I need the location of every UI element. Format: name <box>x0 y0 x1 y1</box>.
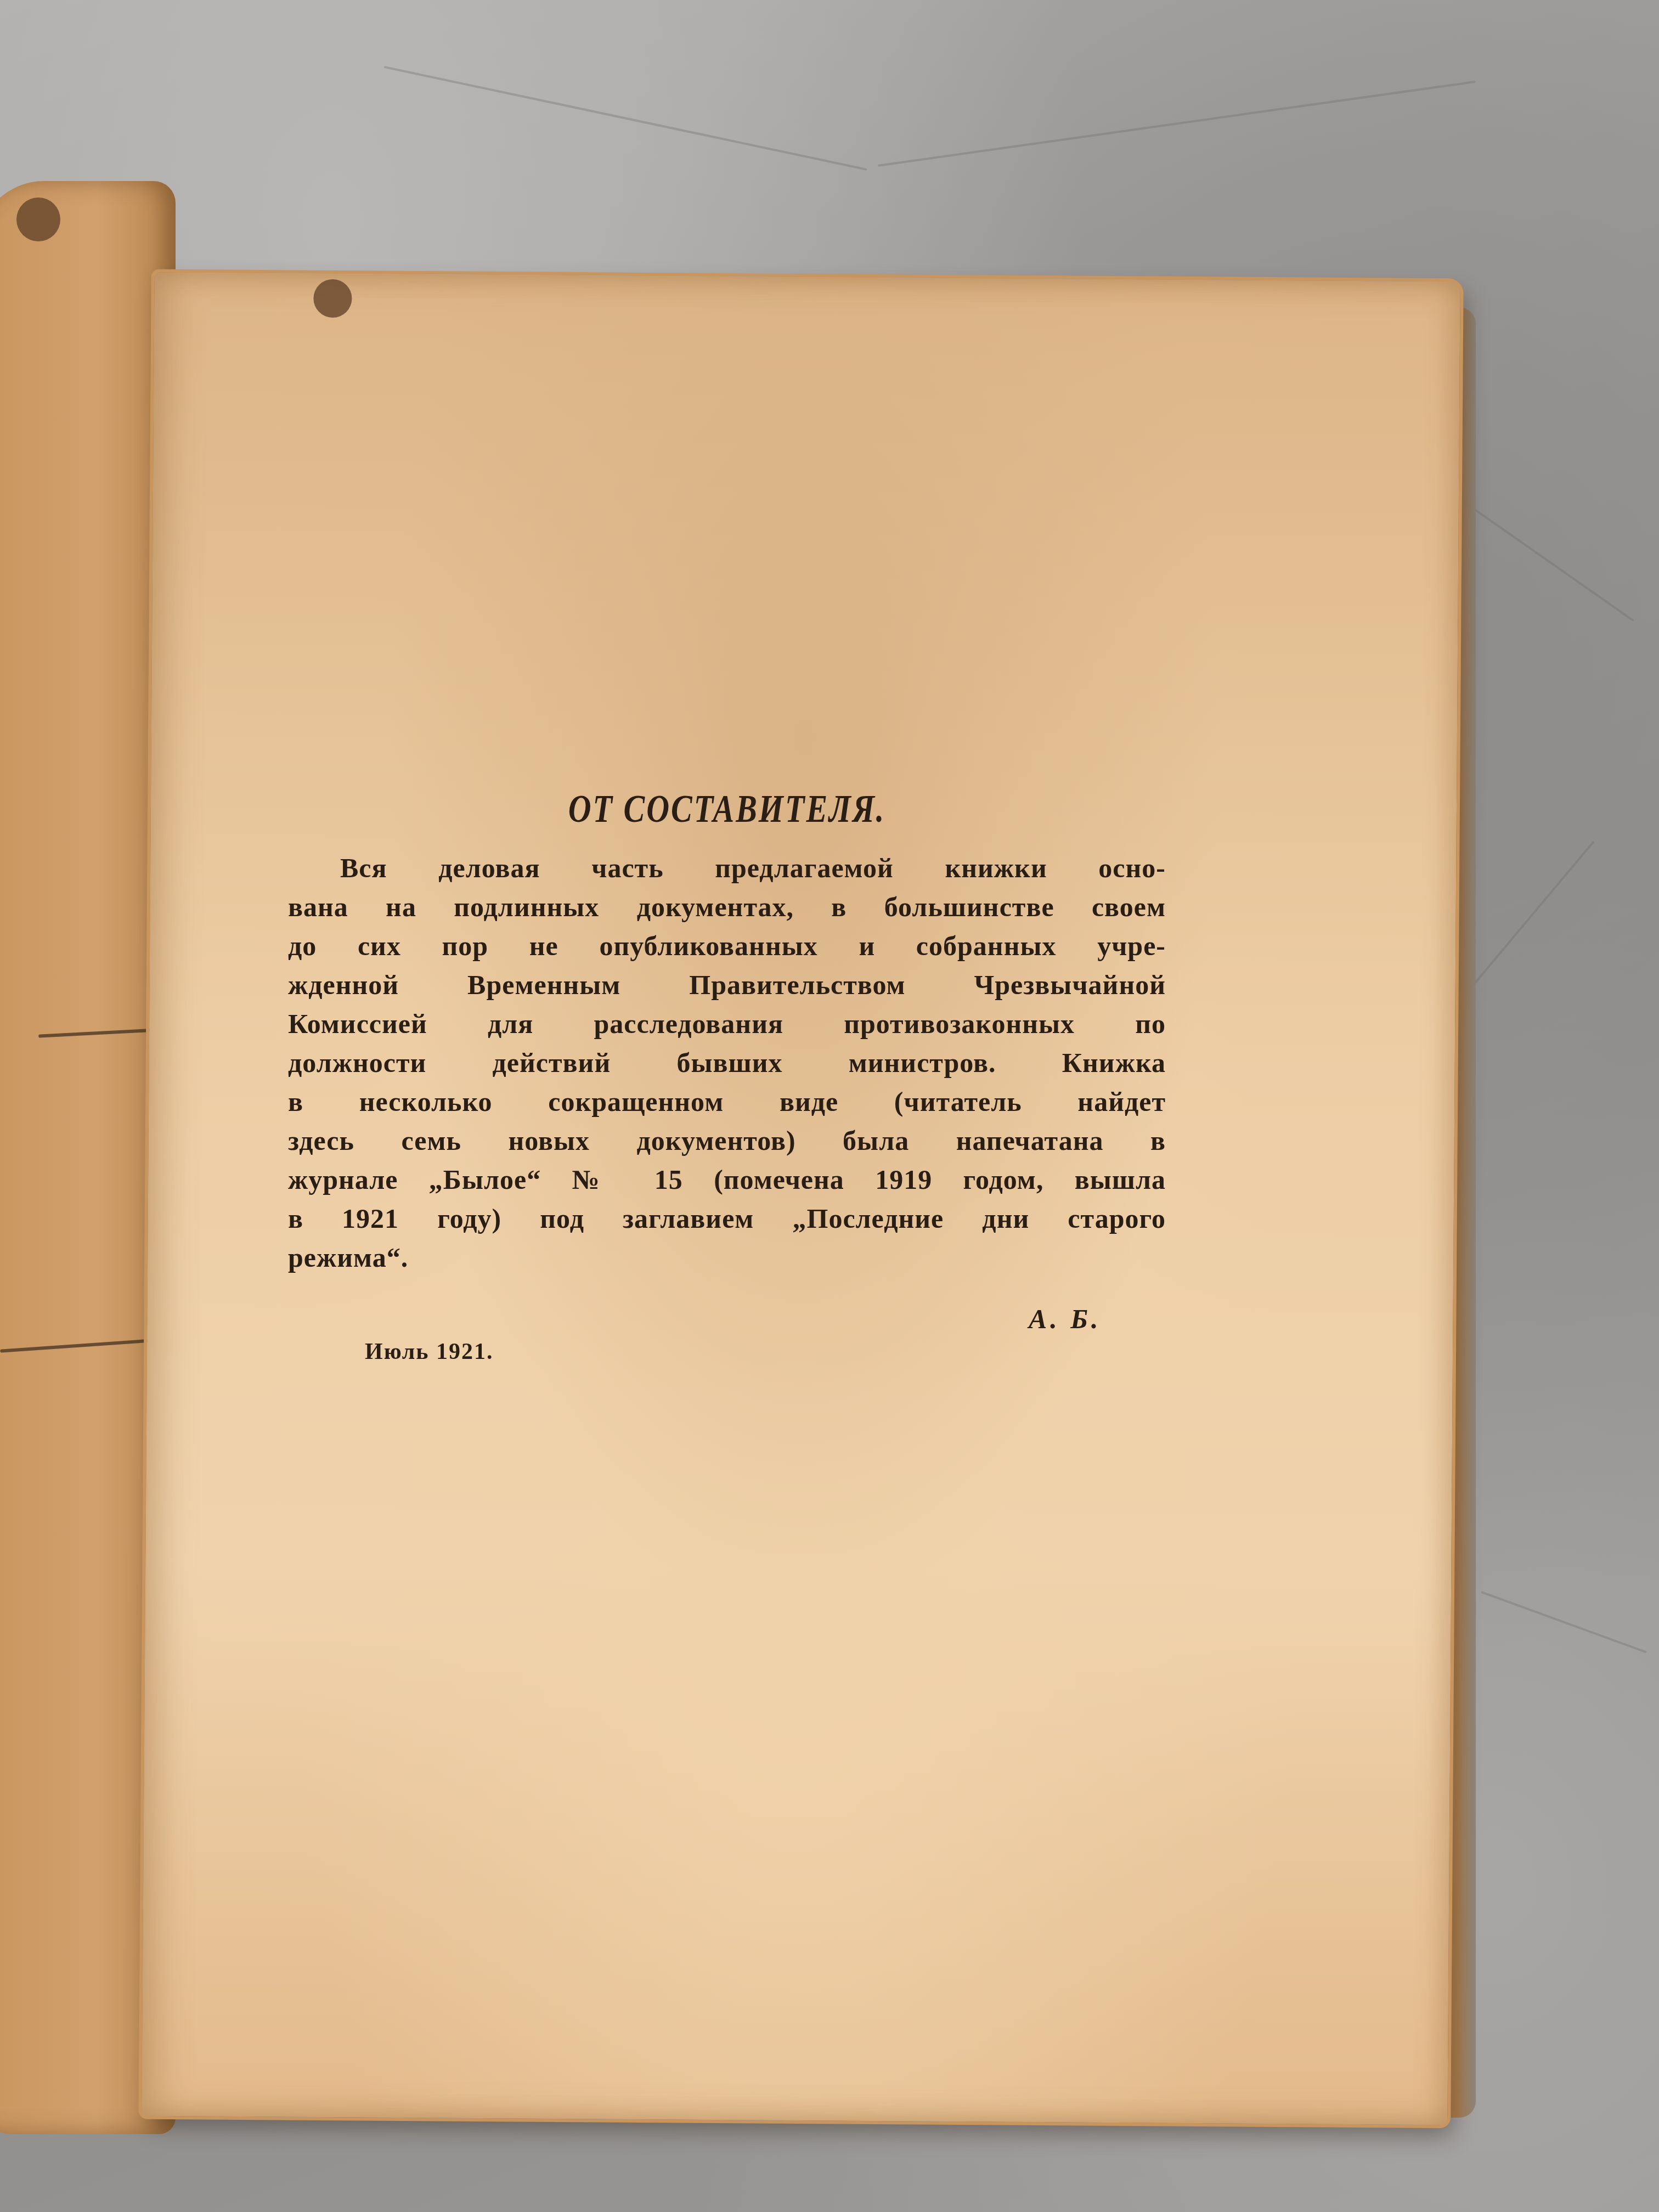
page-content: ОТ СОСТАВИТЕЛЯ. Вся деловая часть предла… <box>288 790 1166 1277</box>
text-line: Вся деловая часть предлагаемой книжки ос… <box>288 849 1166 888</box>
surface-vein <box>384 66 867 171</box>
text-line: жденной Временным Правительством Чрезвыч… <box>288 966 1166 1005</box>
text-line: вана на подлинных документах, в большинс… <box>288 888 1166 927</box>
surface-vein <box>878 81 1476 167</box>
date-line: Июль 1921. <box>365 1339 494 1365</box>
text-line: здесь семь новых документов) была напеча… <box>288 1121 1166 1160</box>
text-line: до сих пор не опубликованных и собранных… <box>288 927 1166 966</box>
page-tear <box>0 1339 154 1353</box>
page-tear <box>38 1028 159 1038</box>
surface-vein <box>1469 841 1594 990</box>
text-line: в 1921 году) под заглавием „Последние дн… <box>288 1199 1166 1238</box>
stain <box>313 279 352 318</box>
author-signature: А. Б. <box>1029 1303 1102 1335</box>
surface-vein <box>1481 1591 1646 1653</box>
text-line: в несколько сокращенном виде (читатель н… <box>288 1082 1166 1121</box>
page-heading: ОТ СОСТАВИТЕЛЯ. <box>288 786 1166 832</box>
text-line: режима“. <box>288 1238 1166 1277</box>
text-line: Комиссией для расследования противозакон… <box>288 1005 1166 1043</box>
text-line: должности действий бывших министров. Кни… <box>288 1043 1166 1082</box>
text-line: журнале „Былое“ № 15 (помечена 1919 годо… <box>288 1160 1166 1199</box>
surface-vein <box>1453 494 1634 622</box>
body-paragraph: Вся деловая часть предлагаемой книжки ос… <box>288 849 1166 1277</box>
stain <box>16 198 60 241</box>
